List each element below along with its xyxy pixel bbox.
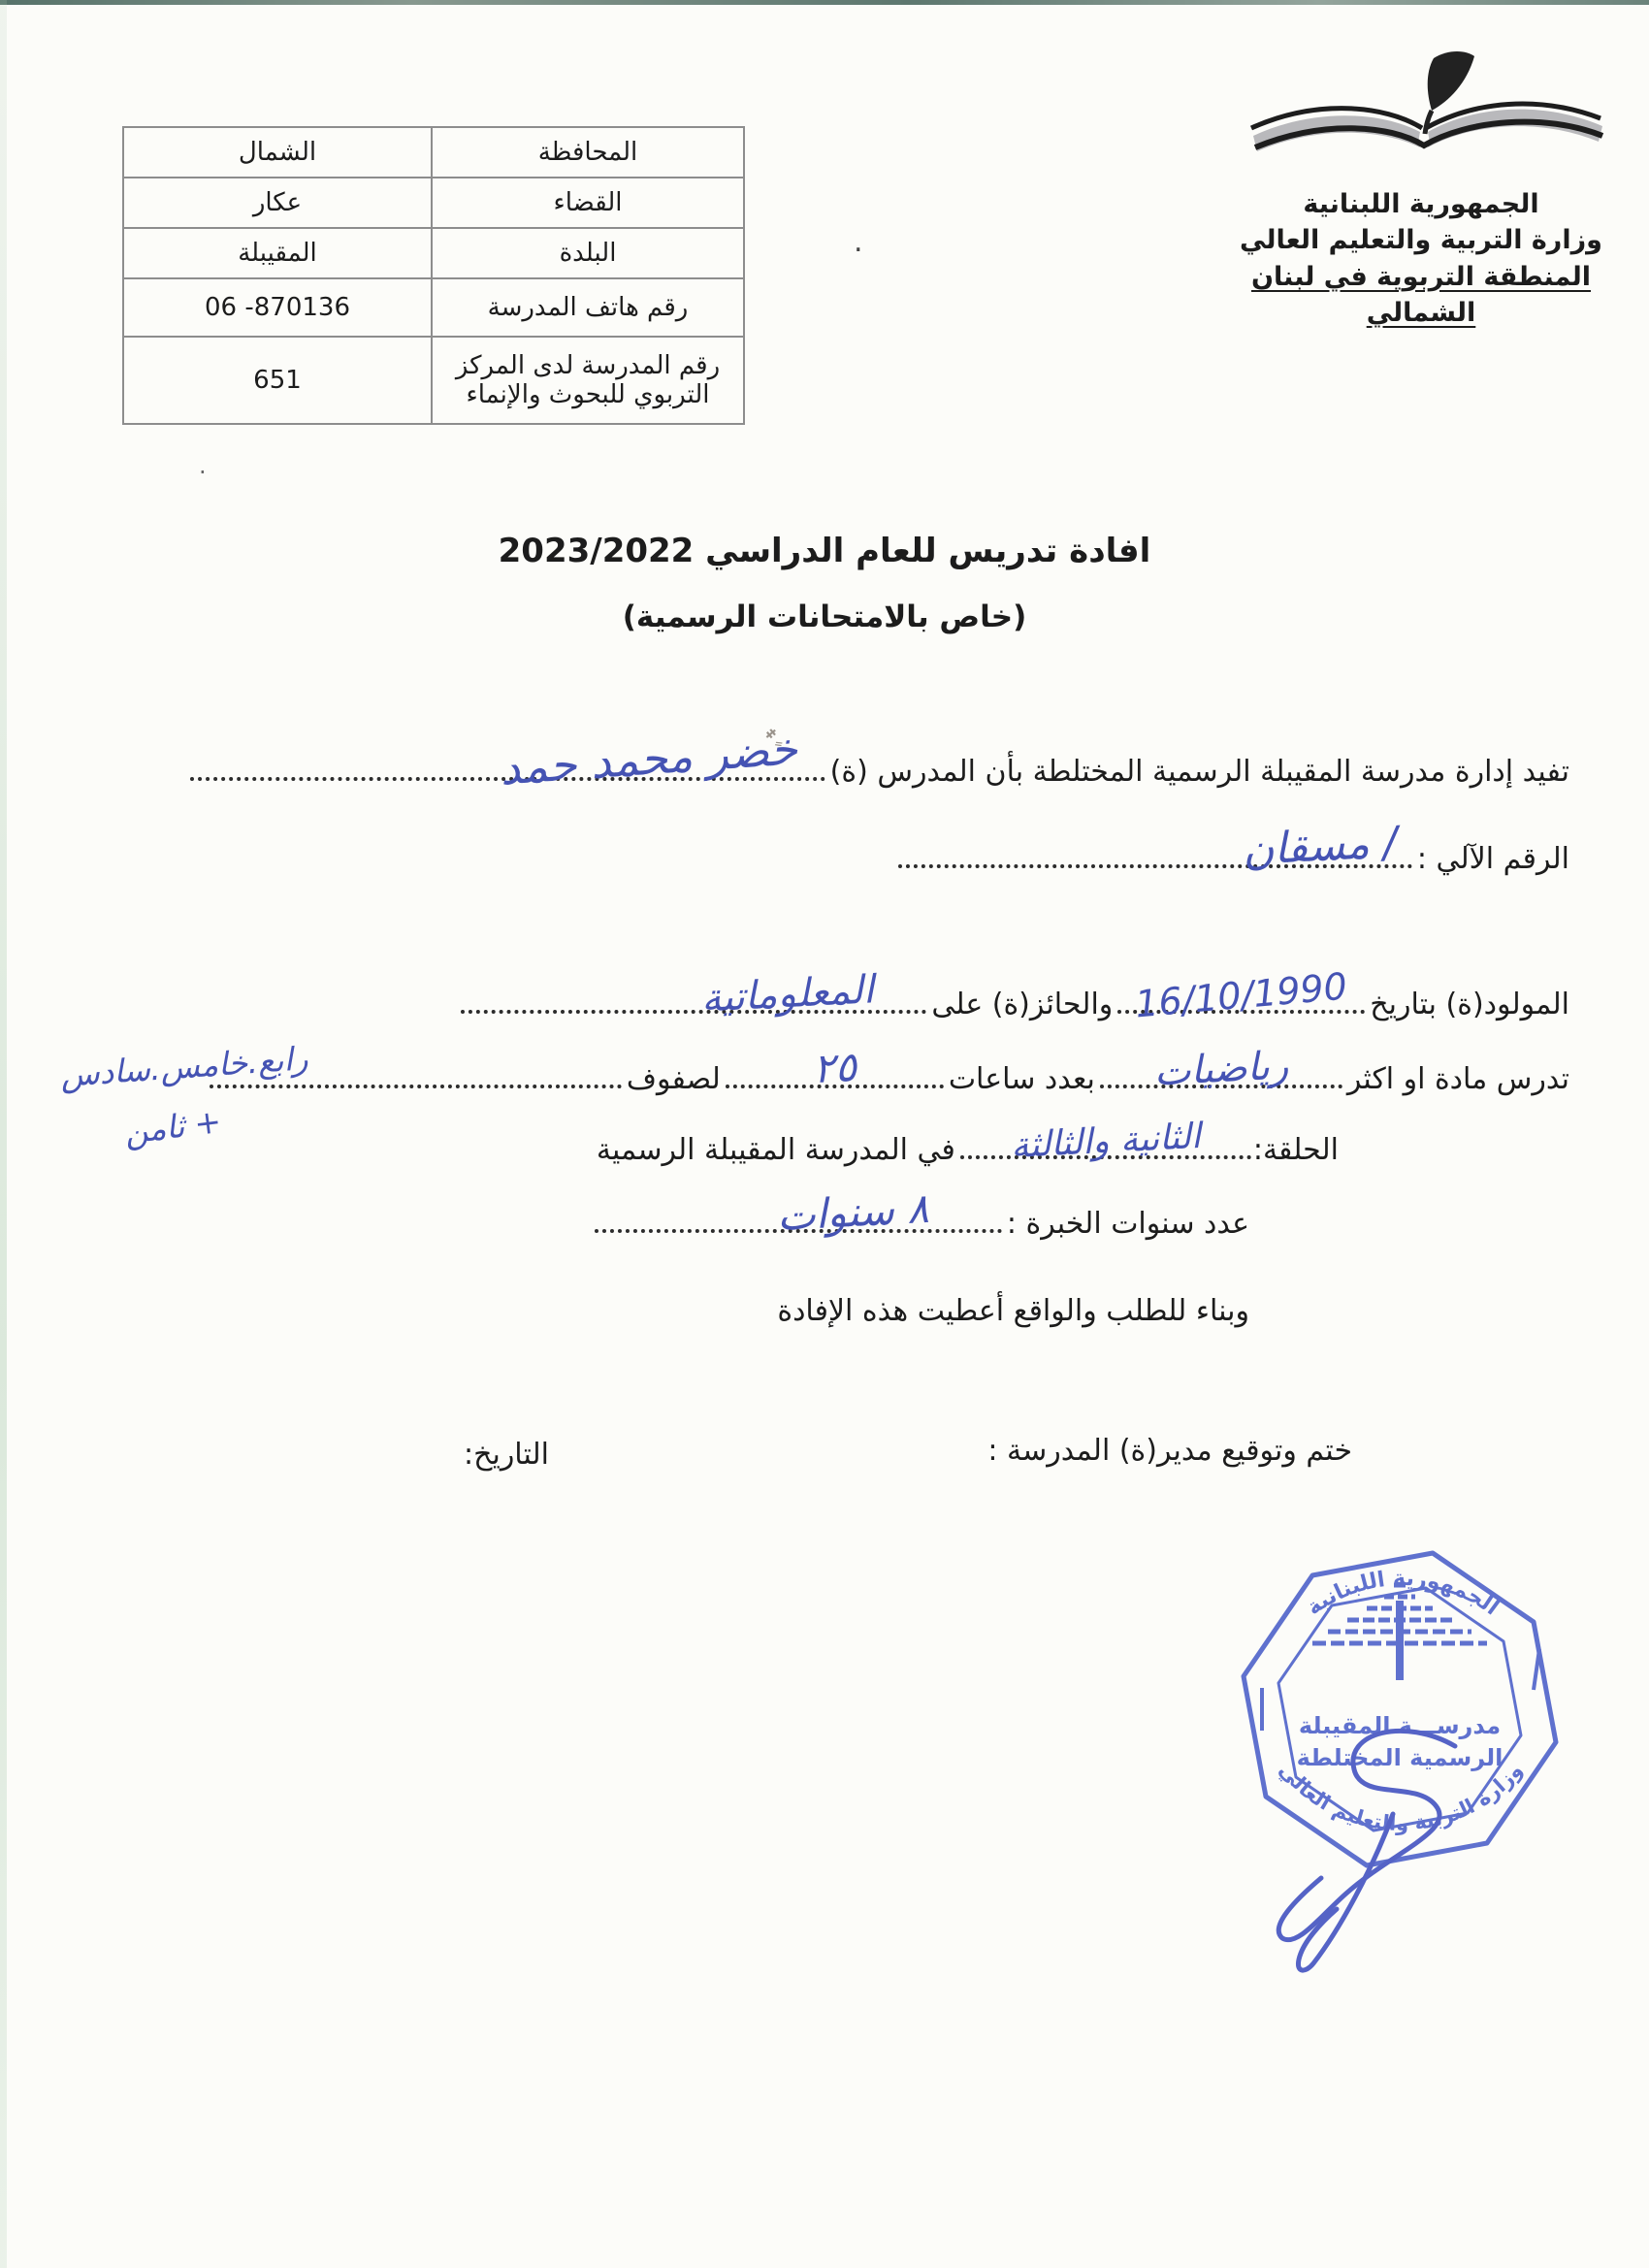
stamp-school-name-line1: مدرســـة المقيبلة xyxy=(1299,1712,1501,1739)
line1-prefix: تفيد إدارة مدرسة المقيبلة الرسمية المختل… xyxy=(830,755,1569,789)
stamp-signature-label: ختم وتوقيع مدير(ة) المدرسة : xyxy=(987,1434,1352,1468)
handwritten-experience-years: ٨ سنوات xyxy=(776,1188,930,1237)
line2-label: الرقم الآلي : xyxy=(1417,842,1569,876)
classes-label: لصفوف xyxy=(627,1062,721,1096)
line-closing-statement: وبناء للطلب والواقع أعطيت هذه الإفادة xyxy=(777,1294,1249,1328)
date-label: التاريخ: xyxy=(464,1438,549,1472)
town-label: البلدة xyxy=(432,228,744,278)
governorate-value: الشمال xyxy=(123,127,432,178)
school-info-table: المحافظة الشمال القضاء عكار البلدة المقي… xyxy=(122,126,745,425)
school-number-value: 651 xyxy=(123,337,432,424)
dotted-blank-hours: ٢٥ xyxy=(726,1075,944,1088)
dotted-blank-birth-date: 16/10/1990 xyxy=(1117,1000,1365,1014)
table-row: البلدة المقيبلة xyxy=(123,228,744,278)
ministry-open-book-logo xyxy=(1234,50,1622,186)
educational-district-line: المنطقة التربوية في لبنان الشمالي xyxy=(1198,259,1644,332)
holder-label: والحائز(ة) على xyxy=(931,988,1113,1021)
dotted-blank-degree: المعلوماتية xyxy=(461,1000,926,1014)
ministry-line: وزارة التربية والتعليم العالي xyxy=(1198,222,1644,258)
closing-text: وبناء للطلب والواقع أعطيت هذه الإفادة xyxy=(777,1294,1249,1328)
ministry-header: الجمهورية اللبنانية وزارة التربية والتعل… xyxy=(1198,186,1644,331)
handwritten-subject: رياضيات xyxy=(1099,1043,1343,1094)
scan-speck: . xyxy=(854,225,863,259)
table-row: رقم هاتف المدرسة 06 -870136 xyxy=(123,278,744,337)
scan-speck: . xyxy=(199,452,207,479)
handwritten-birth-date: 16/10/1990 xyxy=(1116,966,1366,1024)
cycle-label: الحلقة: xyxy=(1253,1133,1339,1167)
handwritten-degree: المعلوماتية xyxy=(700,970,875,1018)
dotted-blank-subject: رياضيات xyxy=(1100,1075,1342,1088)
handwritten-cycle: الثانية والثالثة xyxy=(959,1117,1251,1167)
line-subject-hours-classes: تدرس مادة او اكثررياضياتبعدد ساعات٢٥لصفو… xyxy=(205,1062,1569,1096)
dotted-blank-experience: ٨ سنوات xyxy=(595,1219,1002,1233)
governorate-label: المحافظة xyxy=(432,127,744,178)
line-birth-and-degree: المولود(ة) بتاريخ16/10/1990والحائز(ة) عل… xyxy=(456,988,1569,1021)
dotted-blank-automated-number: / مسقان xyxy=(898,855,1412,868)
pencil-smudge: ٍ҂ xyxy=(762,719,781,745)
handwritten-hours: ٢٥ xyxy=(725,1042,945,1094)
line-automated-number: الرقم الآلي :/ مسقان xyxy=(893,842,1569,876)
stamp-school-name-line2: الرسمية المختلطة xyxy=(1297,1744,1503,1771)
school-suffix: في المدرسة المقيبلة الرسمية xyxy=(597,1133,955,1167)
certificate-subtitle: (خاص بالامتحانات الرسمية) xyxy=(0,599,1649,634)
district-label: القضاء xyxy=(432,178,744,228)
table-row: المحافظة الشمال xyxy=(123,127,744,178)
republic-line: الجمهورية اللبنانية xyxy=(1198,186,1644,222)
handwritten-teacher-name: خضر محمد حمد xyxy=(499,726,799,791)
town-value: المقيبلة xyxy=(123,228,432,278)
hours-label: بعدد ساعات xyxy=(949,1062,1095,1096)
scanned-teaching-certificate: المحافظة الشمال القضاء عكار البلدة المقي… xyxy=(0,0,1649,2268)
experience-label: عدد سنوات الخبرة : xyxy=(1007,1207,1249,1241)
table-row: القضاء عكار xyxy=(123,178,744,228)
handwritten-automated-number: / مسقان xyxy=(1242,822,1399,872)
table-row: رقم المدرسة لدى المركز التربوي للبحوث وا… xyxy=(123,337,744,424)
scanner-edge-artifact-top xyxy=(0,0,1649,5)
line-experience: عدد سنوات الخبرة :٨ سنوات xyxy=(590,1207,1249,1241)
school-phone-label: رقم هاتف المدرسة xyxy=(432,278,744,337)
line-cycle: الحلقة:الثانية والثالثةفي المدرسة المقيب… xyxy=(597,1133,1339,1167)
school-phone-value: 06 -870136 xyxy=(123,278,432,337)
dotted-blank-cycle: الثانية والثالثة xyxy=(960,1146,1251,1159)
certificate-title: افادة تدريس للعام الدراسي 2023/2022 xyxy=(0,532,1649,570)
dotted-blank-teacher-name: خضر محمد حمد xyxy=(190,767,825,781)
line-teacher-name: تفيد إدارة مدرسة المقيبلة الرسمية المختل… xyxy=(185,755,1569,789)
born-label: المولود(ة) بتاريخ xyxy=(1370,988,1569,1021)
school-stamp: الجمهورية اللبنانية وزارة التربية والتعل… xyxy=(1201,1525,1599,1981)
district-value: عكار xyxy=(123,178,432,228)
school-number-label: رقم المدرسة لدى المركز التربوي للبحوث وا… xyxy=(432,337,744,424)
handwritten-classes-note-2: + ثامن xyxy=(122,1102,223,1151)
scanner-edge-artifact-left xyxy=(0,0,7,2268)
teaches-label: تدرس مادة او اكثر xyxy=(1347,1062,1569,1096)
